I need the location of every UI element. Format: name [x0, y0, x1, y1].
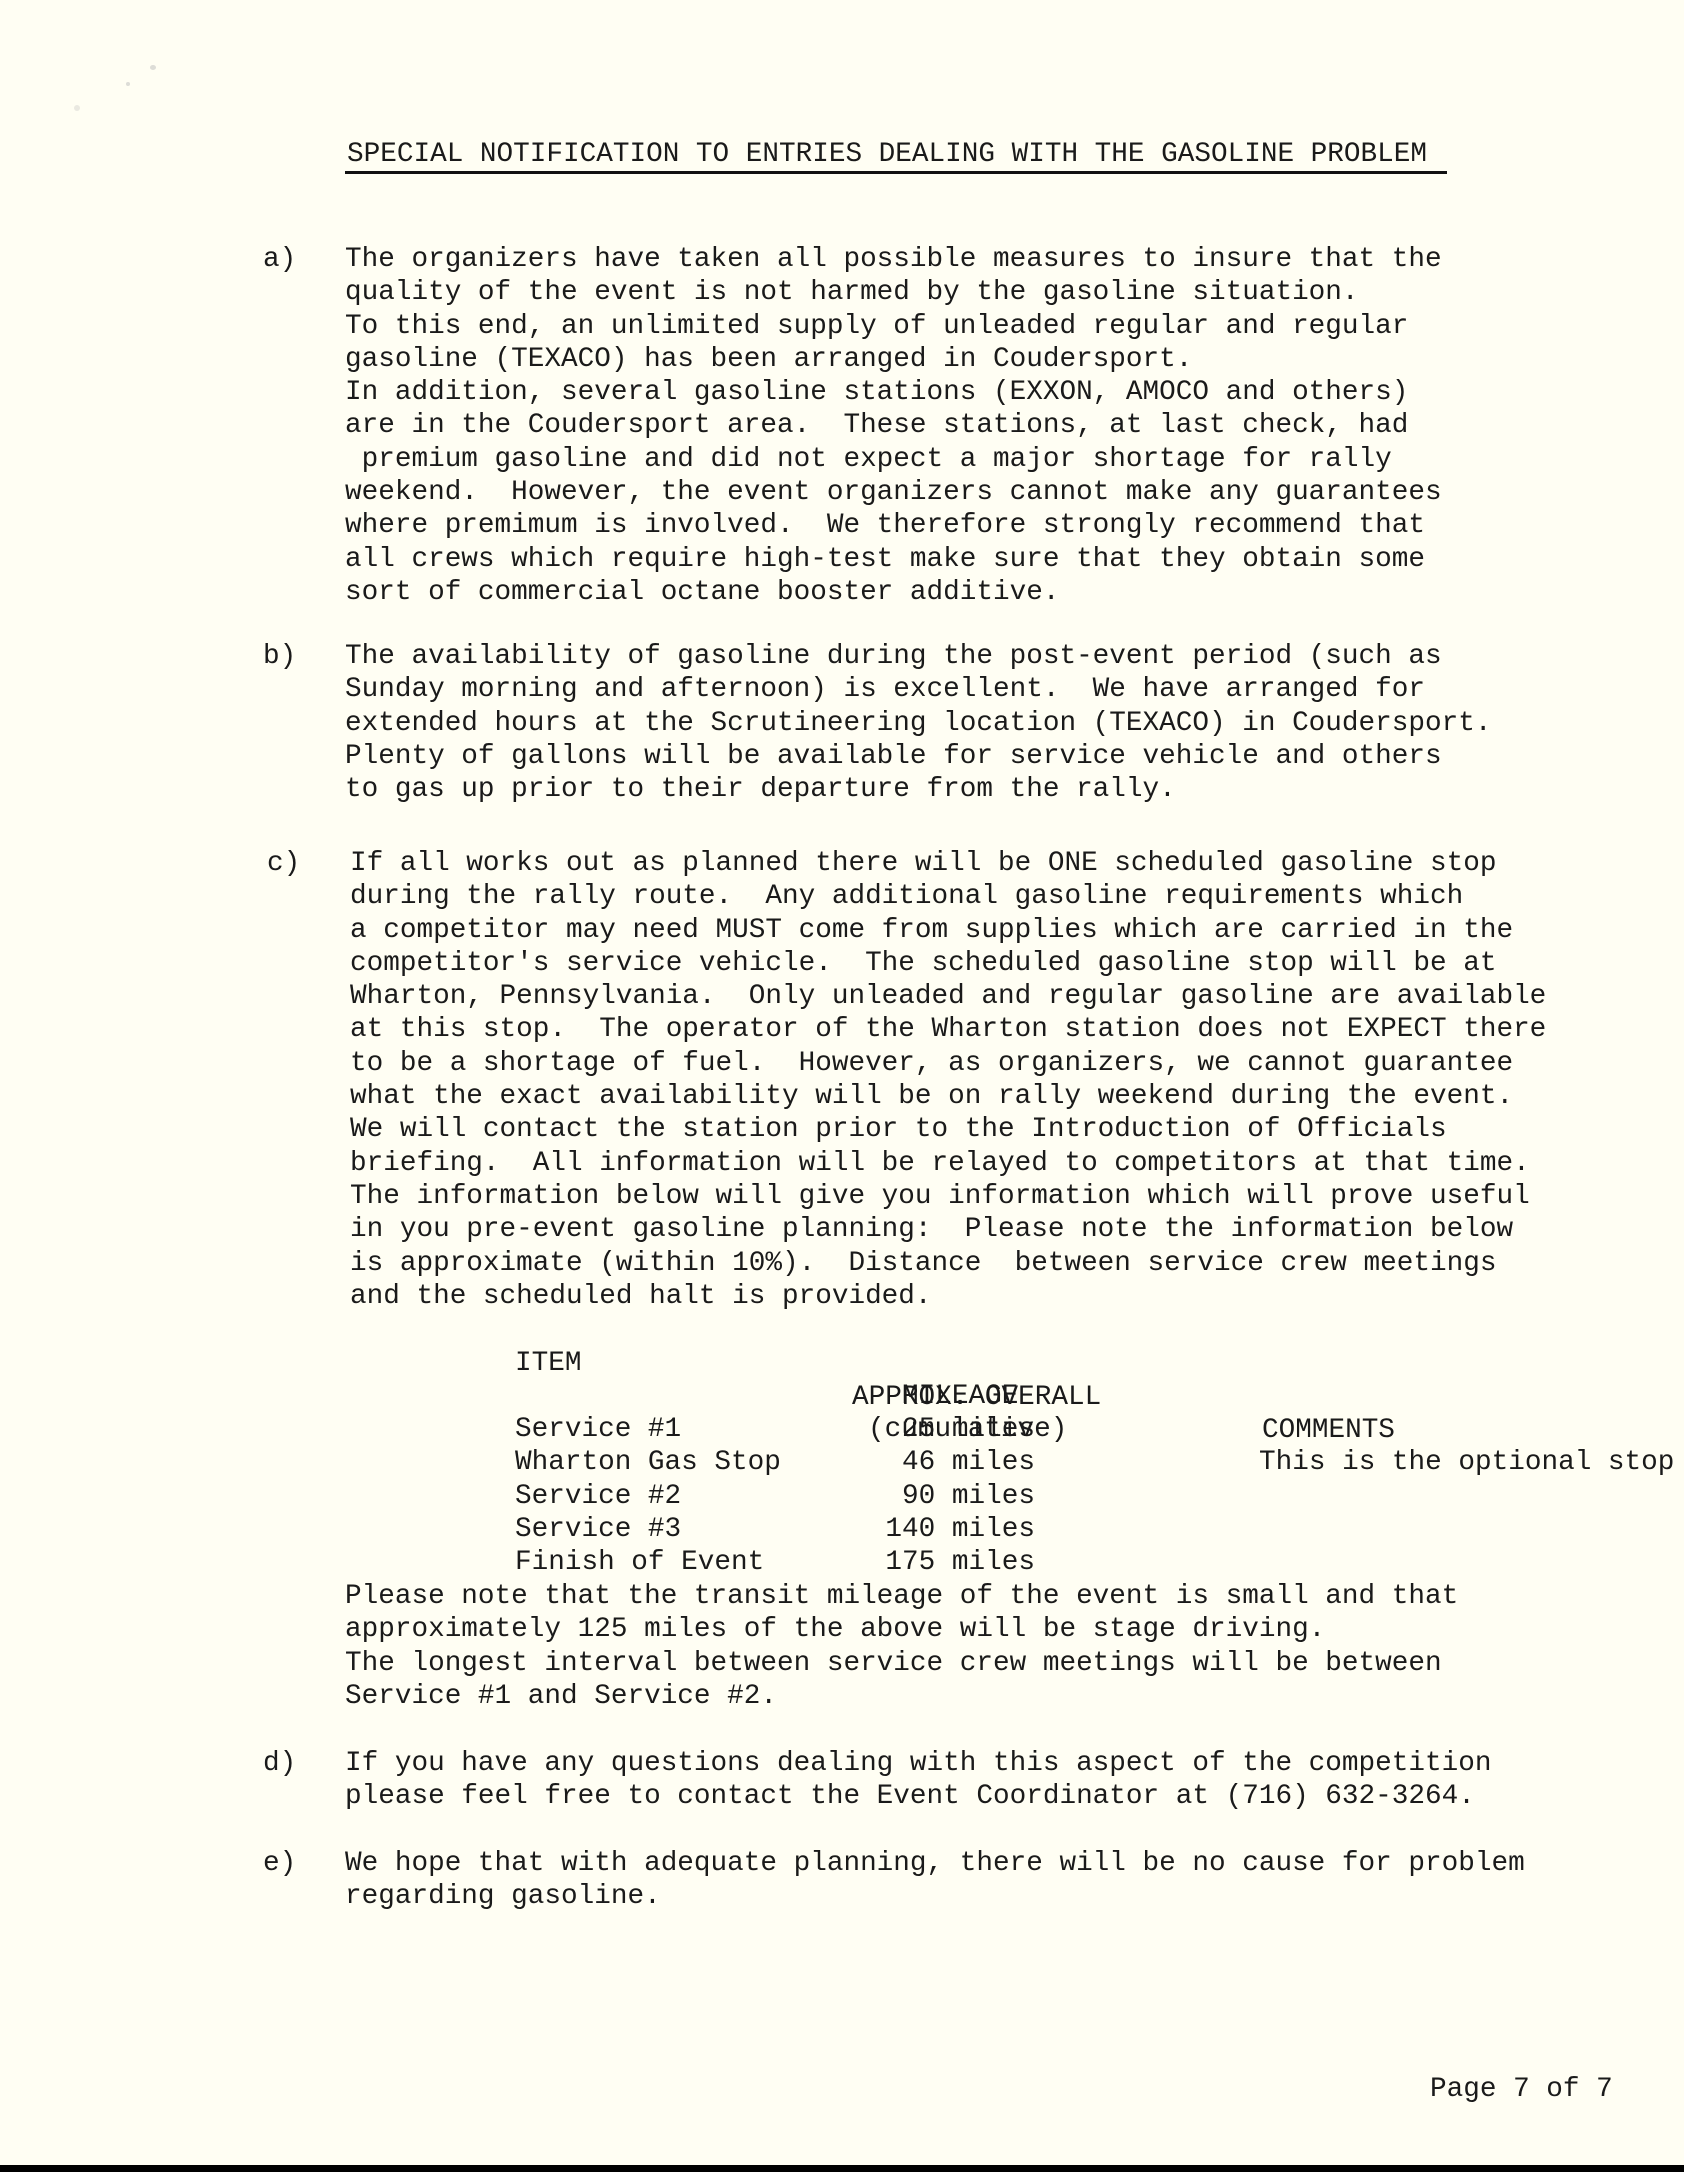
- table-row: Service #3140 miles: [0, 1513, 1684, 1546]
- section-c-note-line: Please note that the transit mileage of …: [345, 1580, 1458, 1613]
- section-c-line: Wharton, Pennsylvania. Only unleaded and…: [350, 980, 1546, 1013]
- section-c-line: is approximate (within 10%). Distance be…: [350, 1247, 1546, 1280]
- cell-item: Wharton Gas Stop: [515, 1446, 781, 1479]
- cell-mileage: 140 miles: [885, 1513, 1035, 1546]
- section-c-note-line: approximately 125 miles of the above wil…: [345, 1613, 1458, 1646]
- table-row: Service #125 miles: [0, 1413, 1684, 1446]
- cell-item: Service #3: [515, 1513, 681, 1546]
- section-e-line: regarding gasoline.: [345, 1880, 1525, 1913]
- cell-comment: This is the optional stop: [1259, 1446, 1674, 1479]
- section-c-line: We will contact the station prior to the…: [350, 1113, 1546, 1146]
- section-c-line: what the exact availability will be on r…: [350, 1080, 1546, 1113]
- section-d-label: d): [263, 1747, 296, 1780]
- cell-mileage: 46 miles: [902, 1446, 1035, 1479]
- table-header-row: ITEM APPROX. OVERALL COMMENTS: [0, 1314, 1684, 1347]
- scan-speck: [74, 105, 80, 111]
- table-header-row-2: MILEAGE: [0, 1347, 1684, 1380]
- section-d-text: If you have any questions dealing with t…: [345, 1747, 1491, 1814]
- cell-mileage: 175 miles: [885, 1546, 1035, 1579]
- section-c-line: during the rally route. Any additional g…: [350, 880, 1546, 913]
- section-b-label: b): [263, 640, 296, 673]
- cell-item: Service #2: [515, 1480, 681, 1513]
- section-a-line: are in the Coudersport area. These stati…: [345, 409, 1442, 442]
- scan-border: [0, 2165, 1684, 2172]
- section-e-label: e): [263, 1847, 296, 1880]
- section-b-line: The availability of gasoline during the …: [345, 640, 1491, 673]
- section-d-line: If you have any questions dealing with t…: [345, 1747, 1491, 1780]
- title-underline: [345, 171, 1447, 174]
- scan-speck: [126, 82, 130, 86]
- section-b-text: The availability of gasoline during the …: [345, 640, 1491, 806]
- section-d-line: please feel free to contact the Event Co…: [345, 1780, 1491, 1813]
- table-row: Service #290 miles: [0, 1480, 1684, 1513]
- section-a-line: premium gasoline and did not expect a ma…: [345, 443, 1442, 476]
- section-a-line: quality of the event is not harmed by th…: [345, 276, 1442, 309]
- section-c-note-line: Service #1 and Service #2.: [345, 1680, 1458, 1713]
- cell-mileage: 90 miles: [902, 1480, 1035, 1513]
- page-title: SPECIAL NOTIFICATION TO ENTRIES DEALING …: [347, 138, 1427, 171]
- document-page: SPECIAL NOTIFICATION TO ENTRIES DEALING …: [0, 0, 1684, 2165]
- table-header-row-3: (cumulative): [0, 1380, 1684, 1413]
- section-c-line: competitor's service vehicle. The schedu…: [350, 947, 1546, 980]
- section-a-text: The organizers have taken all possible m…: [345, 243, 1442, 609]
- section-c-line: If all works out as planned there will b…: [350, 847, 1546, 880]
- page-number: Page 7 of 7: [1430, 2073, 1613, 2106]
- scan-speck: [150, 65, 156, 70]
- section-b-line: Sunday morning and afternoon) is excelle…: [345, 673, 1491, 706]
- section-c-text: If all works out as planned there will b…: [350, 847, 1546, 1313]
- section-a-line: weekend. However, the event organizers c…: [345, 476, 1442, 509]
- section-c-line: a competitor may need MUST come from sup…: [350, 914, 1546, 947]
- section-a-line: gasoline (TEXACO) has been arranged in C…: [345, 343, 1442, 376]
- cell-item: Finish of Event: [515, 1546, 764, 1579]
- section-c-label: c): [267, 847, 300, 880]
- section-c-line: and the scheduled halt is provided.: [350, 1280, 1546, 1313]
- section-c-notes: Please note that the transit mileage of …: [345, 1580, 1458, 1713]
- section-c-line: at this stop. The operator of the Wharto…: [350, 1013, 1546, 1046]
- section-a-line: To this end, an unlimited supply of unle…: [345, 310, 1442, 343]
- section-a-line: In addition, several gasoline stations (…: [345, 376, 1442, 409]
- table-row: Finish of Event175 miles: [0, 1546, 1684, 1579]
- section-b-line: to gas up prior to their departure from …: [345, 773, 1491, 806]
- section-c-line: to be a shortage of fuel. However, as or…: [350, 1047, 1546, 1080]
- section-c-line: in you pre-event gasoline planning: Plea…: [350, 1213, 1546, 1246]
- section-a-line: The organizers have taken all possible m…: [345, 243, 1442, 276]
- section-e-text: We hope that with adequate planning, the…: [345, 1847, 1525, 1914]
- section-a-line: where premimum is involved. We therefore…: [345, 509, 1442, 542]
- section-c-note-line: The longest interval between service cre…: [345, 1647, 1458, 1680]
- section-c-line: briefing. All information will be relaye…: [350, 1147, 1546, 1180]
- section-a-line: sort of commercial octane booster additi…: [345, 576, 1442, 609]
- section-c-line: The information below will give you info…: [350, 1180, 1546, 1213]
- section-a-label: a): [263, 243, 296, 276]
- cell-item: Service #1: [515, 1413, 681, 1446]
- section-e-line: We hope that with adequate planning, the…: [345, 1847, 1525, 1880]
- table-row: Wharton Gas Stop46 milesThis is the opti…: [0, 1446, 1684, 1479]
- section-b-line: extended hours at the Scrutineering loca…: [345, 707, 1491, 740]
- section-a-line: all crews which require high-test make s…: [345, 543, 1442, 576]
- cell-mileage: 25 miles: [902, 1413, 1035, 1446]
- section-b-line: Plenty of gallons will be available for …: [345, 740, 1491, 773]
